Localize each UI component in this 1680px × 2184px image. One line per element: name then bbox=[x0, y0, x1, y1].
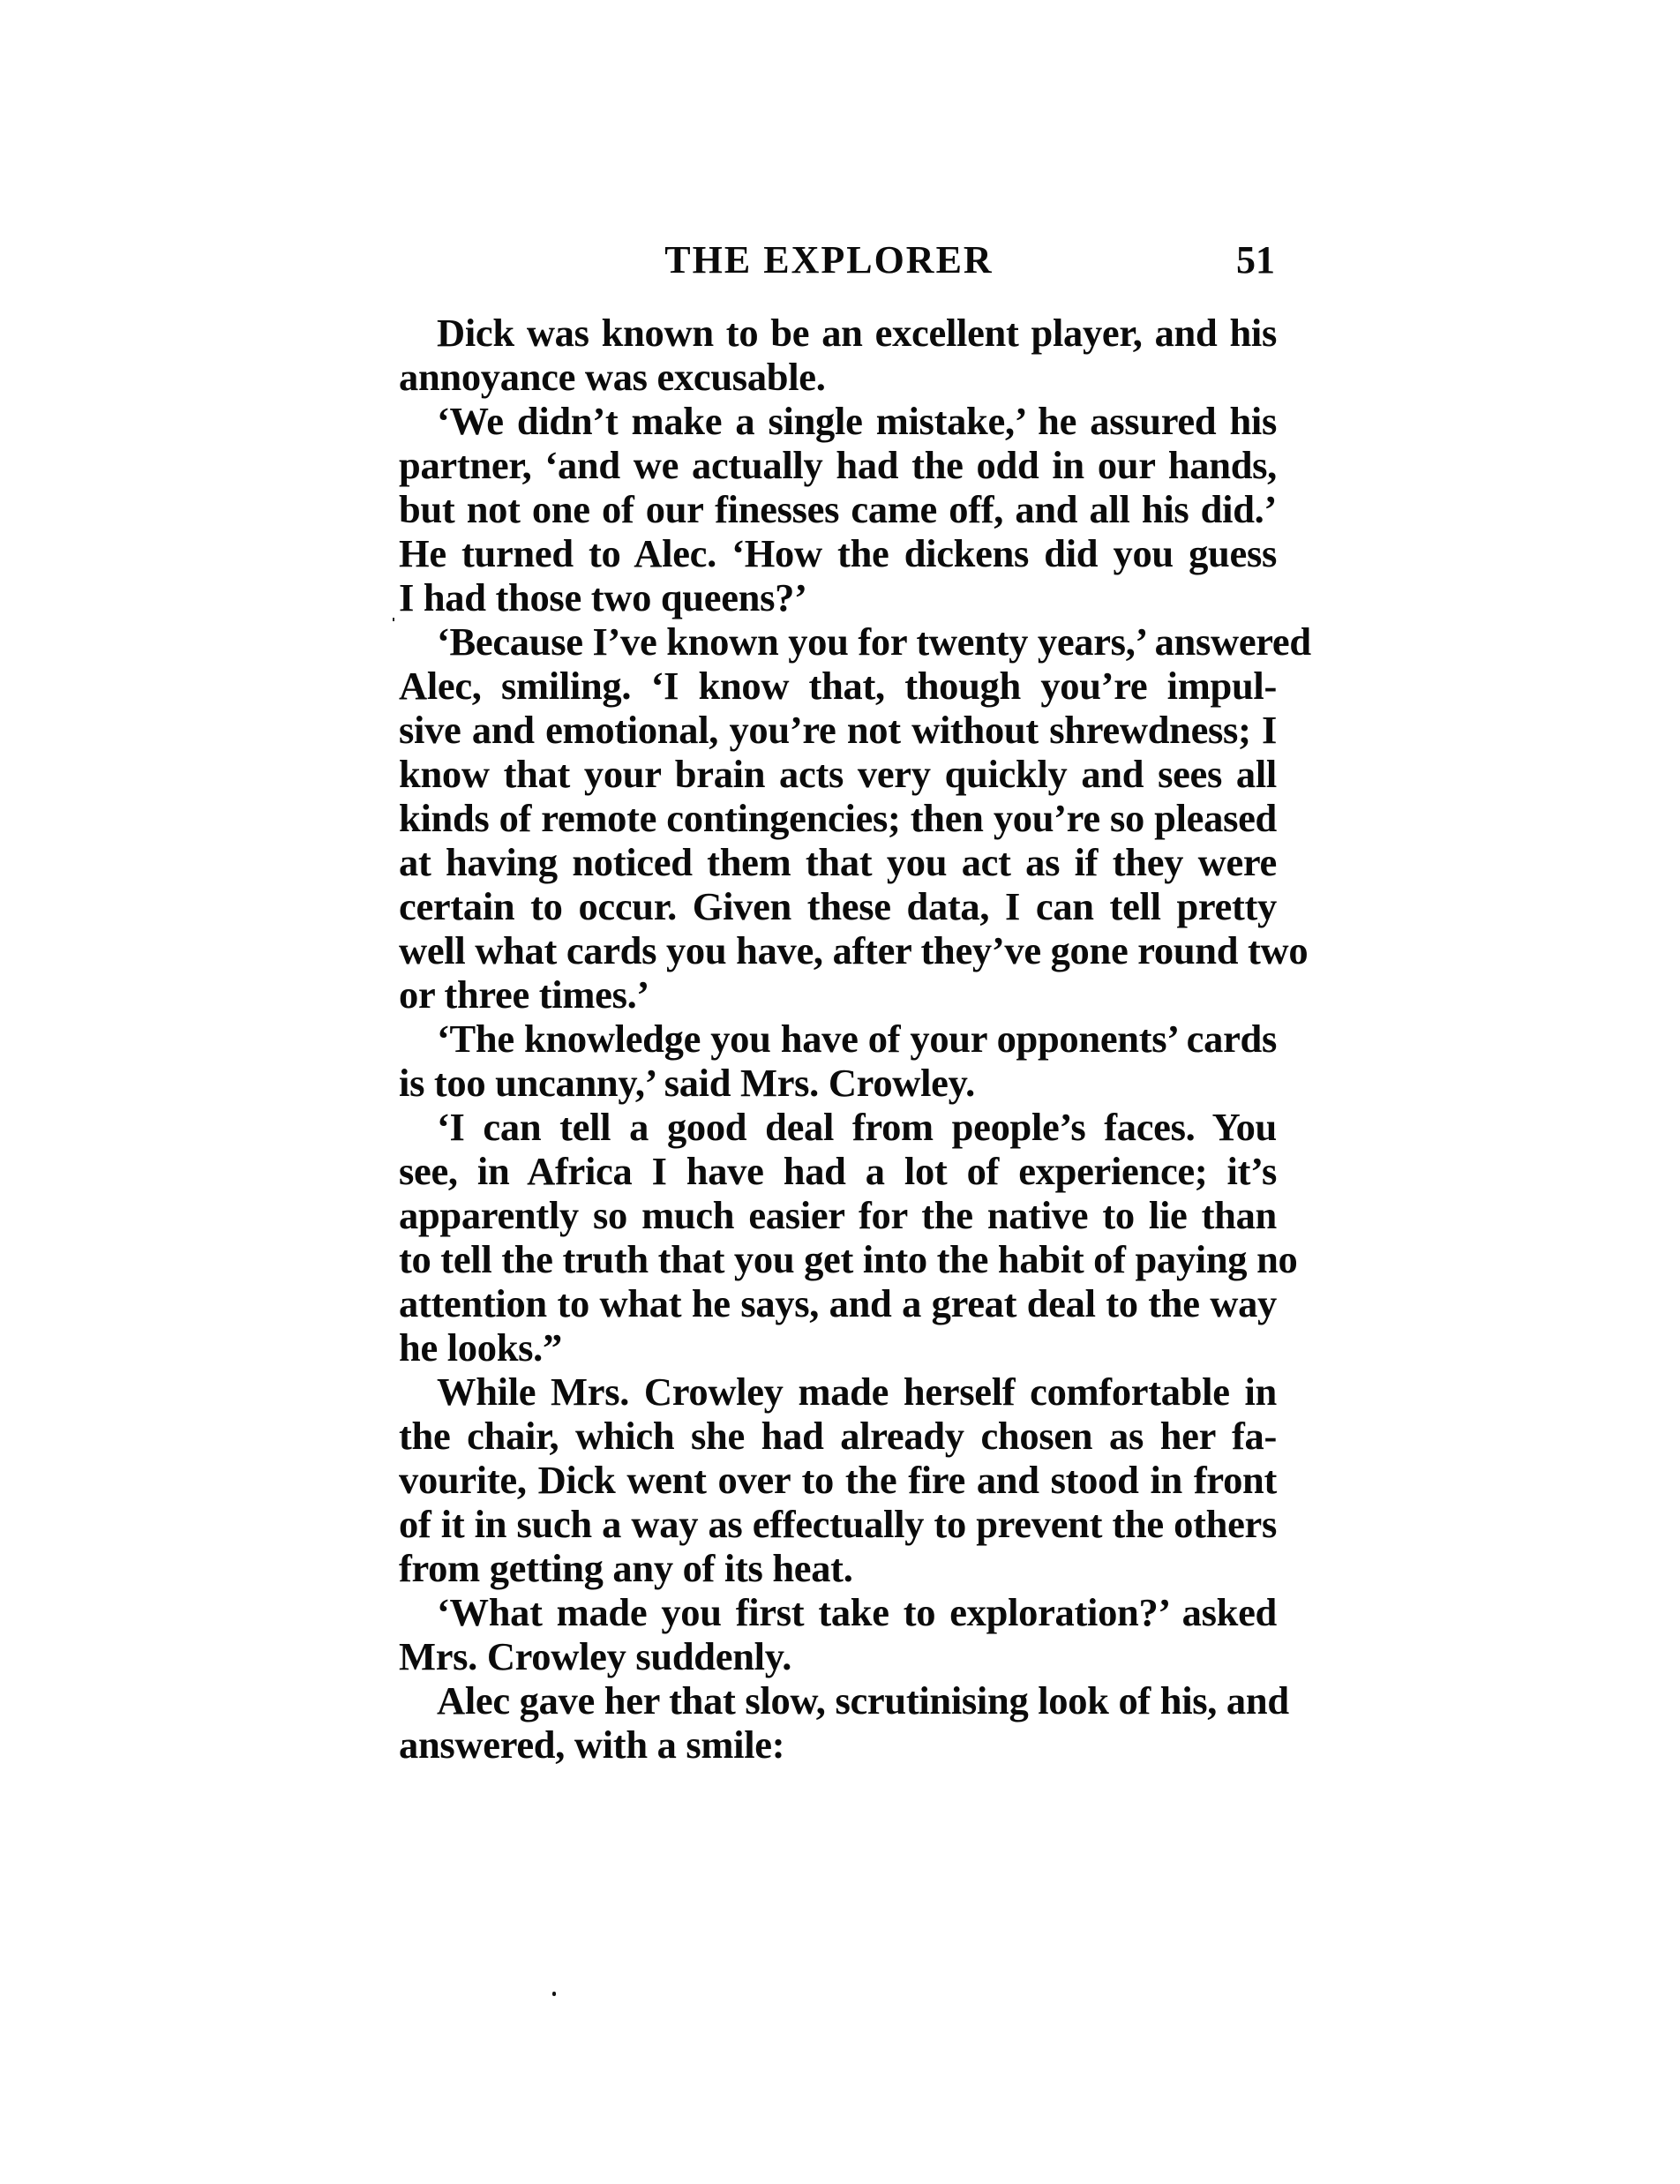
text-line: but not one of our finesses came off, an… bbox=[399, 487, 1277, 531]
text-line: from getting any of its heat. bbox=[399, 1546, 1277, 1590]
text-line: he looks.” bbox=[399, 1325, 1277, 1370]
text-line: see, in Africa I have had a lot of exper… bbox=[399, 1149, 1277, 1193]
text-line: Mrs. Crowley suddenly. bbox=[399, 1634, 1277, 1678]
page-number: 51 bbox=[1236, 238, 1275, 282]
text-line: He turned to Alec. ‘How the dickens did … bbox=[399, 531, 1277, 575]
scan-speck bbox=[393, 618, 394, 621]
text-line: is too uncanny,’ said Mrs. Crowley. bbox=[399, 1061, 1277, 1105]
text-line: certain to occur. Given these data, I ca… bbox=[399, 884, 1277, 928]
text-line: answered, with a smile: bbox=[399, 1722, 1277, 1767]
text-line: know that your brain acts very quickly a… bbox=[399, 752, 1277, 796]
text-line: kinds of remote contingencies; then you’… bbox=[399, 796, 1277, 840]
text-line: apparently so much easier for the native… bbox=[399, 1193, 1277, 1237]
running-head: THE EXPLORER 51 bbox=[399, 238, 1277, 282]
text-line: partner, ‘and we actually had the odd in… bbox=[399, 443, 1277, 487]
text-line: Alec, smiling. ‘I know that, though you’… bbox=[399, 664, 1277, 708]
text-line: Alec gave her that slow, scrutinising lo… bbox=[399, 1678, 1277, 1722]
text-line: at having noticed them that you act as i… bbox=[399, 840, 1277, 884]
text-line: Dick was known to be an excellent player… bbox=[399, 311, 1277, 355]
text-line: ‘We didn’t make a single mistake,’ he as… bbox=[399, 399, 1277, 443]
running-title: THE EXPLORER bbox=[399, 238, 1277, 282]
text-line: While Mrs. Crowley made herself comforta… bbox=[399, 1370, 1277, 1414]
body-text: Dick was known to be an excellent player… bbox=[399, 311, 1277, 1767]
text-line: ‘I can tell a good deal from people’s fa… bbox=[399, 1105, 1277, 1149]
text-line: ‘What made you first take to exploration… bbox=[399, 1590, 1277, 1634]
text-line: I had those two queens?’ bbox=[399, 575, 1277, 619]
text-line: sive and emotional, you’re not without s… bbox=[399, 708, 1277, 752]
text-line: attention to what he says, and a great d… bbox=[399, 1281, 1277, 1325]
text-line: vourite, Dick went over to the fire and … bbox=[399, 1458, 1277, 1502]
text-line: to tell the truth that you get into the … bbox=[399, 1237, 1277, 1281]
text-line: annoyance was excusable. bbox=[399, 355, 1277, 399]
text-line: ‘Because I’ve known you for twenty years… bbox=[399, 619, 1277, 664]
text-line: or three times.’ bbox=[399, 972, 1277, 1017]
scan-speck bbox=[552, 1992, 556, 1996]
book-page: THE EXPLORER 51 Dick was known to be an … bbox=[0, 0, 1680, 2184]
text-line: of it in such a way as effectually to pr… bbox=[399, 1502, 1277, 1546]
text-line: well what cards you have, after they’ve … bbox=[399, 928, 1277, 972]
text-line: the chair, which she had already chosen … bbox=[399, 1414, 1277, 1458]
text-line: ‘The knowledge you have of your opponent… bbox=[399, 1017, 1277, 1061]
